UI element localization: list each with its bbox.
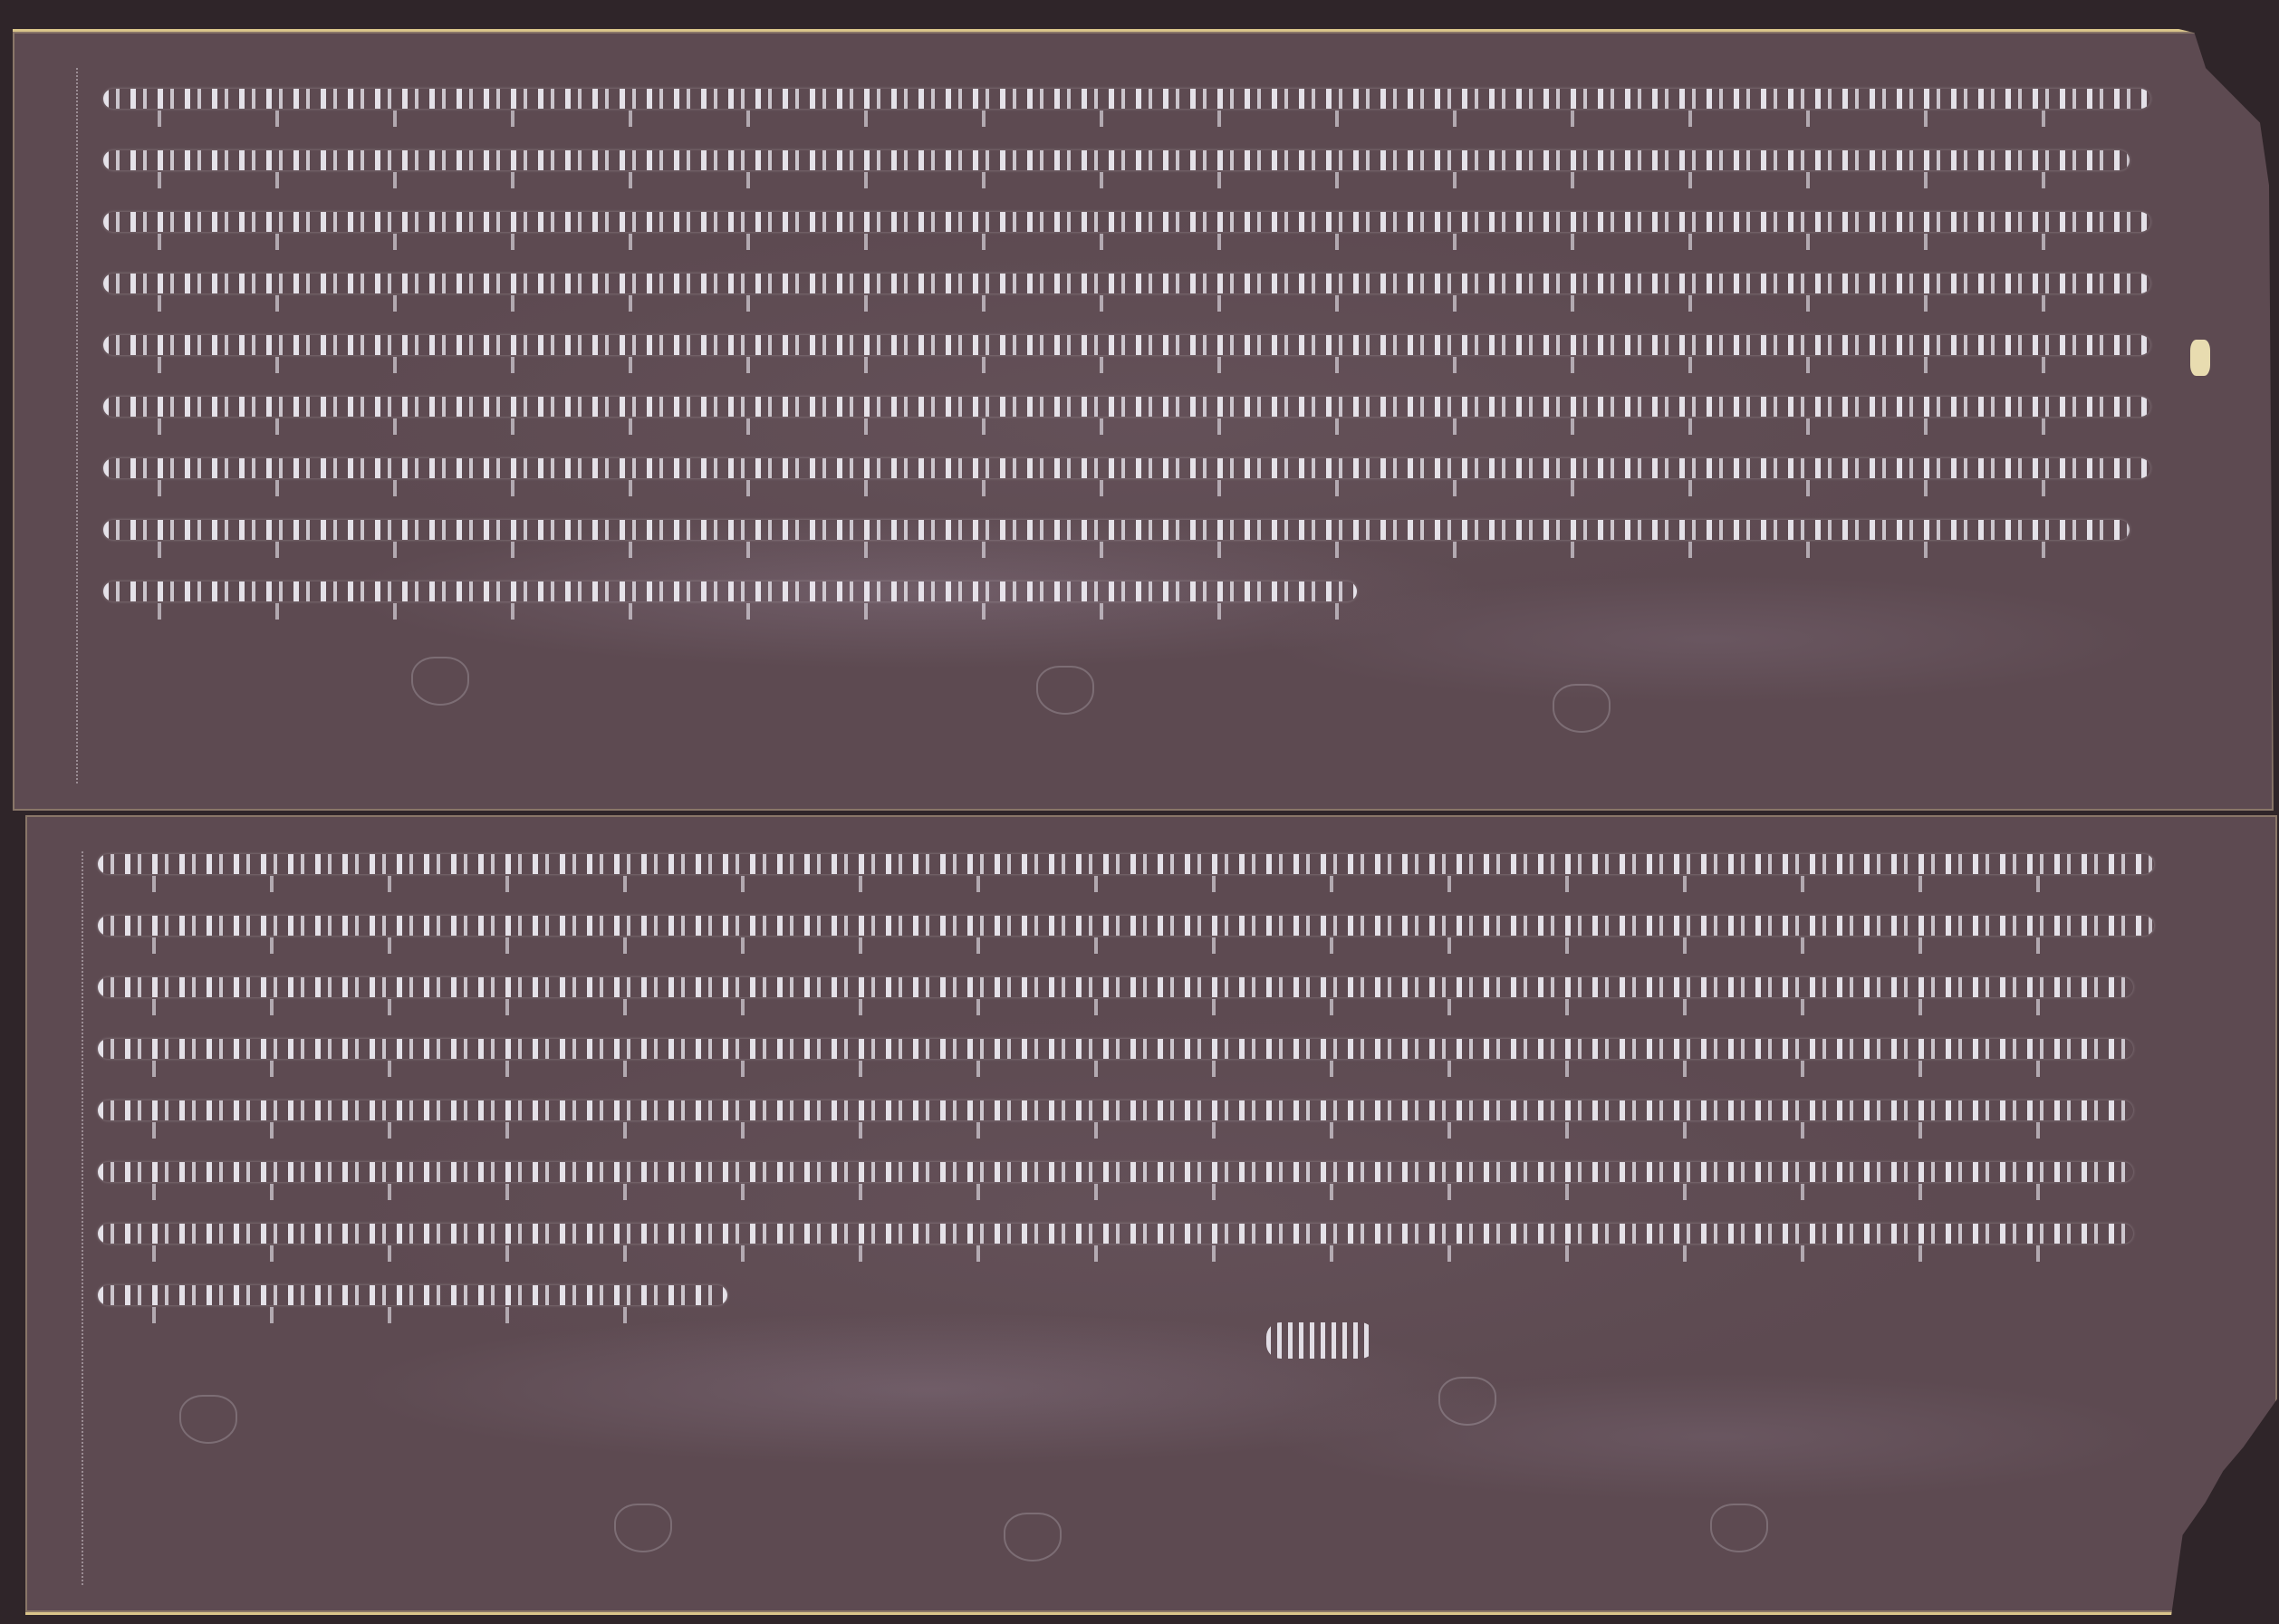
manuscript-line: Lower folio, line 1 (handwritten Burmese… bbox=[98, 833, 2196, 895]
handwritten-text bbox=[98, 854, 2154, 874]
margin-rule bbox=[82, 851, 83, 1585]
manuscript-line: Upper folio, line 3 (handwritten Burmese… bbox=[103, 191, 2192, 253]
text-block: Upper folio, line 1 (handwritten Burmese… bbox=[103, 68, 2192, 622]
handwritten-text bbox=[98, 916, 2154, 936]
manuscript-line: Lower folio, line 6 (handwritten Burmese… bbox=[98, 1141, 2196, 1203]
ghost-character bbox=[179, 1395, 237, 1444]
handwritten-text bbox=[103, 335, 2150, 355]
manuscript-line: Lower folio, line 2 (handwritten Burmese… bbox=[98, 895, 2196, 956]
manuscript-line: Upper folio, line 9 (handwritten Burmese… bbox=[103, 561, 2192, 622]
ghost-character bbox=[1438, 1377, 1496, 1426]
handwritten-text bbox=[103, 274, 2150, 293]
lower-folio: Lower folio, line 1 (handwritten Burmese… bbox=[25, 815, 2277, 1615]
handwritten-text bbox=[103, 212, 2150, 232]
manuscript-line: Upper folio, line 7 (handwritten Burmese… bbox=[103, 437, 2192, 499]
handwritten-text bbox=[98, 977, 2133, 997]
handwritten-text bbox=[98, 1039, 2133, 1059]
handwritten-text bbox=[103, 458, 2150, 478]
handwritten-text bbox=[103, 520, 2130, 540]
manuscript-line: Lower folio, line 7 (handwritten Burmese… bbox=[98, 1203, 2196, 1264]
ghost-character bbox=[1553, 684, 1611, 733]
manuscript-line: Upper folio, line 5 (handwritten Burmese… bbox=[103, 314, 2192, 376]
manuscript-line: Lower folio, line 3 (handwritten Burmese… bbox=[98, 956, 2196, 1018]
upper-folio: Upper folio, line 1 (handwritten Burmese… bbox=[13, 29, 2274, 811]
manuscript-line: Upper folio, line 1 (handwritten Burmese… bbox=[103, 68, 2192, 130]
ghost-character bbox=[1036, 666, 1094, 715]
ghost-character bbox=[1710, 1504, 1768, 1552]
handwritten-text bbox=[103, 89, 2150, 109]
manuscript-line: Upper folio, line 2 (handwritten Burmese… bbox=[103, 130, 2192, 191]
manuscript-line: Upper folio, line 8 (handwritten Burmese… bbox=[103, 499, 2192, 561]
text-block: Lower folio, line 1 (handwritten Burmese… bbox=[98, 833, 2196, 1326]
margin-rule bbox=[76, 68, 78, 783]
handwritten-text bbox=[98, 1162, 2133, 1182]
handwritten-text bbox=[103, 397, 2150, 417]
handwritten-text bbox=[103, 581, 1357, 601]
handwritten-text bbox=[98, 1285, 727, 1305]
manuscript-line: Upper folio, line 4 (handwritten Burmese… bbox=[103, 253, 2192, 314]
colophon-note: Short interlinear note (handwritten Burm… bbox=[1266, 1322, 1375, 1359]
handwritten-text bbox=[98, 1224, 2133, 1244]
paper-damage bbox=[2190, 340, 2210, 376]
handwritten-text bbox=[98, 1100, 2133, 1120]
ghost-character bbox=[411, 657, 469, 706]
ghost-character bbox=[614, 1504, 672, 1552]
manuscript-line: Lower folio, line 8 (handwritten Burmese… bbox=[98, 1264, 2196, 1326]
ghost-character bbox=[1004, 1513, 1062, 1562]
manuscript-line: Upper folio, line 6 (handwritten Burmese… bbox=[103, 376, 2192, 437]
manuscript-line: Lower folio, line 4 (handwritten Burmese… bbox=[98, 1018, 2196, 1080]
handwritten-text bbox=[103, 150, 2130, 170]
manuscript-line: Lower folio, line 5 (handwritten Burmese… bbox=[98, 1080, 2196, 1141]
